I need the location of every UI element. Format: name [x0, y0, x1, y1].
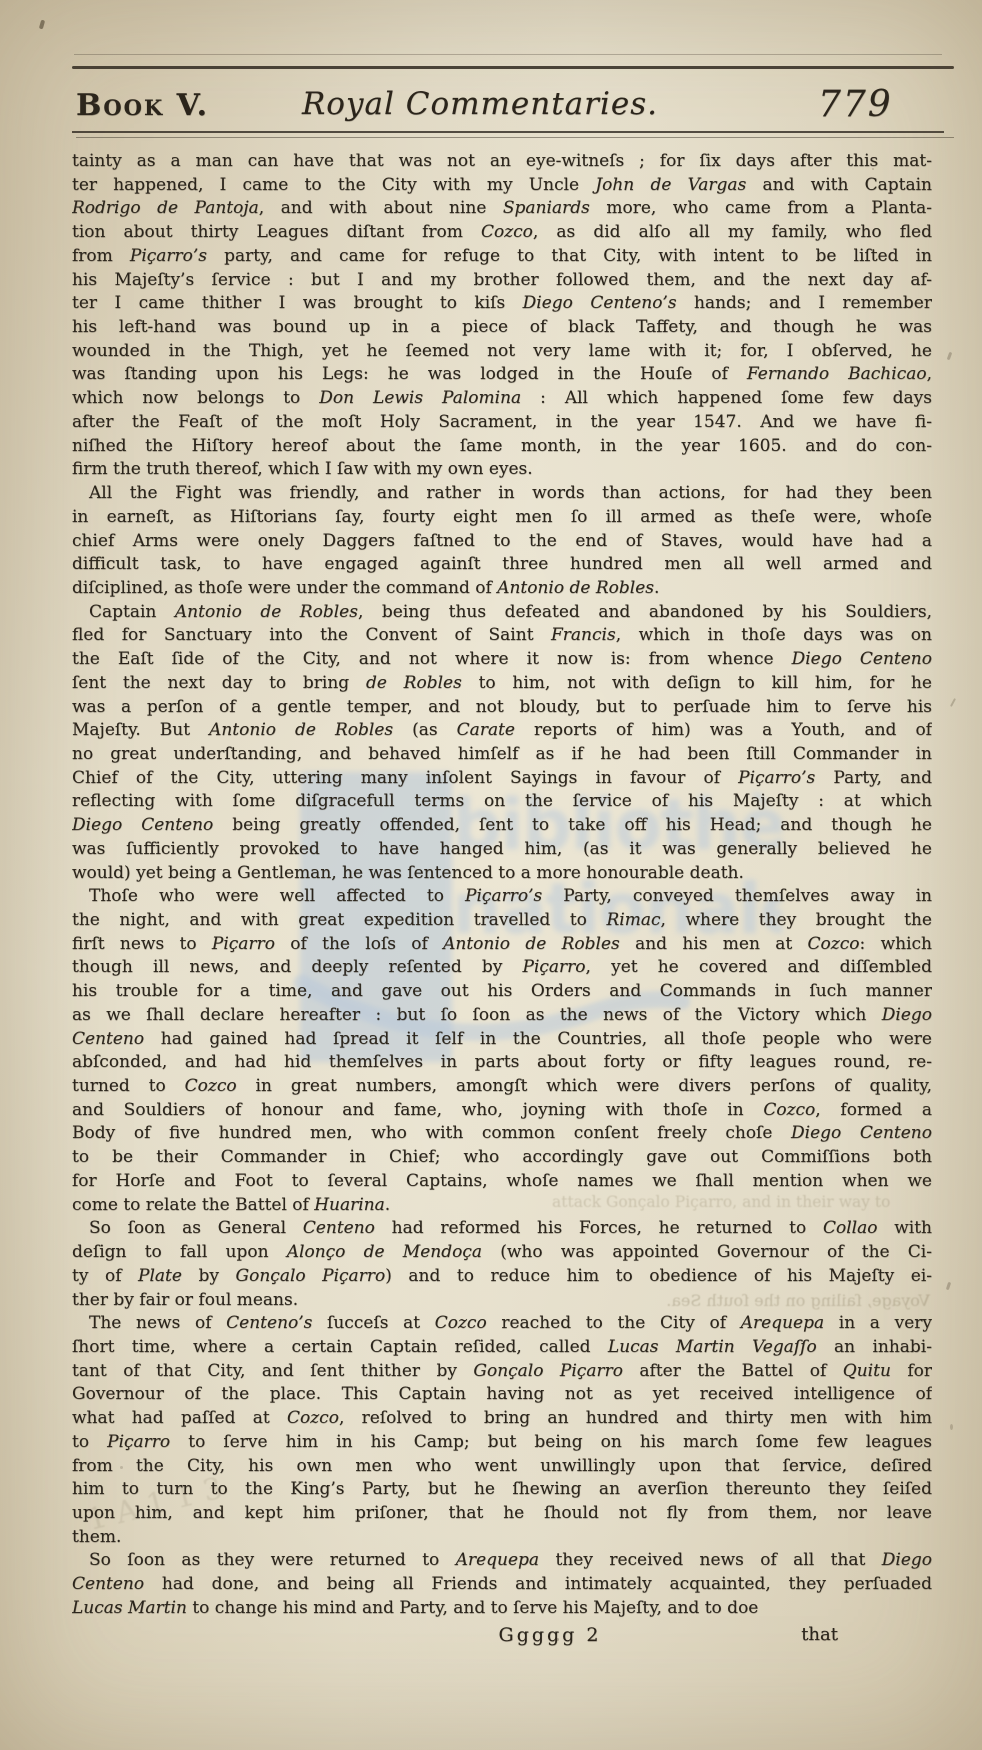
page-number: 779 — [818, 84, 893, 125]
text-line: Majeſty. But Antonio de Robles (as Carat… — [72, 719, 932, 743]
signature-mark: Ggggg 2 — [120, 1624, 980, 1646]
text-line: wounded in the Thigh, yet he ſeemed not … — [72, 340, 932, 364]
header-rule-thin — [74, 54, 942, 55]
text-line: was ſtanding upon his Legs: he was lodge… — [72, 363, 932, 387]
text-line: Centeno had done, and being all Friends … — [72, 1573, 932, 1597]
paragraph: So ſoon as General Centeno had reformed … — [72, 1217, 932, 1312]
paragraph: The news of Centeno’s ſucceſs at Cozco r… — [72, 1312, 932, 1549]
text-line: Chief of the City, uttering many inſolen… — [72, 767, 932, 791]
text-line: deſign to fall upon Alonço de Mendoça (w… — [72, 1241, 932, 1265]
text-line: him to turn to the King’s Party, but he … — [72, 1478, 932, 1502]
text-line: tant of that City, and ſent thither by G… — [72, 1360, 932, 1384]
paragraph: So ſoon as they were returned to Arequep… — [72, 1549, 932, 1620]
text-line: Lucas Martin to change his mind and Part… — [72, 1597, 932, 1621]
text-line: would) yet being a Gentleman, he was ſen… — [72, 862, 932, 886]
running-title: Royal Commentaries. — [180, 86, 780, 122]
text-line: abſconded, and had hid themſelves in par… — [72, 1051, 932, 1075]
text-line: what had paſſed at Cozco, reſolved to br… — [72, 1407, 932, 1431]
text-line: to be their Commander in Chief; who acco… — [72, 1146, 932, 1170]
text-line: All the Fight was friendly, and rather i… — [72, 482, 932, 506]
text-line: Thoſe who were well affected to Piçarro’… — [72, 885, 932, 909]
text-line: which now belongs to Don Lewis Palomina … — [72, 387, 932, 411]
text-line: was ſufficiently provoked to have hanged… — [72, 838, 932, 862]
paragraph: tainty as a man can have that was not an… — [72, 150, 932, 482]
text-line: his Majeſty’s ſervice : but I and my bro… — [72, 269, 932, 293]
paper-speck — [120, 1466, 123, 1469]
text-line: was a perſon of a gentle temper, and not… — [72, 696, 932, 720]
text-line: Captain Antonio de Robles, being thus de… — [72, 601, 932, 625]
text-line: The news of Centeno’s ſucceſs at Cozco r… — [72, 1312, 932, 1336]
text-line: as we ſhall declare hereafter : but ſo ſ… — [72, 1004, 932, 1028]
text-line: Centeno had gained had ſpread it ſelf in… — [72, 1028, 932, 1052]
header-underline-bottom — [76, 137, 954, 138]
paper-speck — [947, 352, 953, 361]
paper-speck — [39, 20, 45, 30]
text-line: tainty as a man can have that was not an… — [72, 150, 932, 174]
text-line: from the City, his own men who went unwi… — [72, 1455, 932, 1479]
text-line: Body of five hundred men, who with commo… — [72, 1122, 932, 1146]
text-line: niſhed the Hiſtory hereof about the ſame… — [72, 435, 932, 459]
paper-speck — [556, 1638, 559, 1641]
paragraph: Thoſe who were well affected to Piçarro’… — [72, 885, 932, 1217]
text-line: and Souldiers of honour and fame, who, j… — [72, 1099, 932, 1123]
text-line: reflecting with ſome diſgracefull terms … — [72, 790, 932, 814]
text-line: in earneſt, as Hiſtorians ſay, fourty ei… — [72, 506, 932, 530]
text-line: turned to Cozco in great numbers, amongſ… — [72, 1075, 932, 1099]
text-line: to Piçarro to ſerve him in his Camp; but… — [72, 1431, 932, 1455]
text-line: So ſoon as they were returned to Arequep… — [72, 1549, 932, 1573]
paragraph: Captain Antonio de Robles, being thus de… — [72, 601, 932, 886]
text-line: So ſoon as General Centeno had reformed … — [72, 1217, 932, 1241]
paper-speck — [946, 1282, 951, 1291]
header-underline-top — [72, 131, 944, 133]
text-line: his trouble for a time, and gave out his… — [72, 980, 932, 1004]
text-line: chief Arms were onely Daggers faſtned to… — [72, 530, 932, 554]
text-line: the night, and with great expedition tra… — [72, 909, 932, 933]
text-line: difficult task, to have engaged againſt … — [72, 553, 932, 577]
text-line: firm the truth thereof, which I ſaw with… — [72, 458, 932, 482]
text-line: firſt news to Piçarro of the loſs of Ant… — [72, 933, 932, 957]
text-line: ter I came thither I was brought to kiſs… — [72, 292, 932, 316]
text-line: ty of Plate by Gonçalo Piçarro) and to r… — [72, 1265, 932, 1289]
text-line: fled for Sanctuary into the Convent of S… — [72, 624, 932, 648]
text-line: diſciplined, as thoſe were under the com… — [72, 577, 932, 601]
catchword: that — [801, 1624, 838, 1645]
text-line: them. — [72, 1526, 932, 1550]
text-line: upon him, and kept him priſoner, that he… — [72, 1502, 932, 1526]
text-line: tion about thirty Leagues diſtant from C… — [72, 221, 932, 245]
text-line: after the Feaſt of the moſt Holy Sacrame… — [72, 411, 932, 435]
text-line: from Piçarro’s party, and came for refug… — [72, 245, 932, 269]
text-line: come to relate the Battel of Huarina. — [72, 1194, 932, 1218]
text-line: ther by fair or foul means. — [72, 1289, 932, 1313]
text-line: no great underſtanding, and behaved himſ… — [72, 743, 932, 767]
text-line: Diego Centeno being greatly offended, ſe… — [72, 814, 932, 838]
text-line: the Eaſt ſide of the City, and not where… — [72, 648, 932, 672]
header-rule-thick — [72, 66, 954, 69]
paragraph: All the Fight was friendly, and rather i… — [72, 482, 932, 601]
book-page-scan: bibliothèque nationale attack Gonçalo Pi… — [0, 0, 982, 1750]
text-column: tainty as a man can have that was not an… — [72, 150, 932, 1621]
text-line: ter happened, I came to the City with my… — [72, 174, 932, 198]
paper-speck — [872, 168, 874, 170]
text-line: ſent the next day to bring de Robles to … — [72, 672, 932, 696]
text-line: Rodrigo de Pantoja, and with about nine … — [72, 197, 932, 221]
paper-speck — [950, 698, 956, 707]
text-line: for Horſe and Foot to ſeveral Captains, … — [72, 1170, 932, 1194]
text-line: though ill news, and deeply reſented by … — [72, 956, 932, 980]
text-line: ſhort time, where a certain Captain reſi… — [72, 1336, 932, 1360]
paper-speck — [950, 1424, 953, 1430]
text-line: Governour of the place. This Captain hav… — [72, 1383, 932, 1407]
text-line: his left-hand was bound up in a piece of… — [72, 316, 932, 340]
